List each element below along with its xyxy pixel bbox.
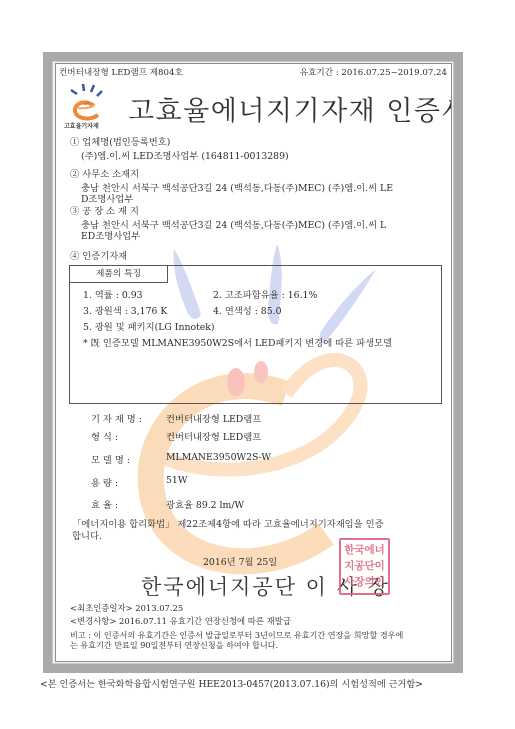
features-box: 제품의 특징 1. 역률 : 0.93 2. 고조파함유율 : 16.1% 3.… xyxy=(69,265,442,404)
feature-power-factor: 1. 역률 : 0.93 xyxy=(83,287,143,301)
spec-value-capacity: 51W xyxy=(166,475,187,486)
spec-label-name: 기 자 재 명 : xyxy=(91,411,142,425)
section-factory-line2: ED조명사업부 xyxy=(81,228,140,242)
feature-harmonics: 2. 고조파함유율 : 16.1% xyxy=(213,287,317,301)
official-seal: 한국에너 지공단이 사장의인 xyxy=(339,538,390,595)
spec-value-efficiency: 광효율 89.2 lm/W xyxy=(166,497,244,511)
section-equipment-heading: ④ 인증기자재 xyxy=(70,248,127,262)
certificate-title: 고효율에너지기자재 인증서 xyxy=(128,89,452,128)
issue-date: 2016년 7월 25일 xyxy=(203,554,277,568)
spec-label-type: 형 식 : xyxy=(91,429,118,443)
spec-label-model: 모 델 명 : xyxy=(91,452,130,466)
feature-cri: 4. 연색성 : 85.0 xyxy=(213,303,282,317)
certificate-paper: 컨버터내장형 LED램프 제804호 유효기간 : 2016.07.25~201… xyxy=(55,63,452,662)
seal-line-1: 한국에너 xyxy=(341,542,388,558)
statement-line1: 「에너지이용 합리화법」 제22조제4항에 따라 고효율에너지기자재임을 인증 xyxy=(72,516,384,530)
product-number: 컨버터내장형 LED램프 제804호 xyxy=(59,66,183,78)
feature-note: * 旣 인증모델 MLMANE3950W2S에서 LED패키지 변경에 따른 파… xyxy=(83,335,392,349)
spec-label-capacity: 용 량 : xyxy=(91,475,118,489)
remark-line2: 는 유효기간 만료일 90일전부터 연장신청을 하여야 합니다. xyxy=(70,640,278,651)
validity-period: 유효기간 : 2016.07.25~2019.07.24 xyxy=(300,66,447,78)
feature-light-source: 5. 광원 및 패키지(LG Innotek) xyxy=(83,319,215,333)
footer-test-basis: <본 인증서는 한국화학융합시험연구원 HEE2013-0457(2013.07… xyxy=(40,676,423,690)
first-cert-date: <최초인증일자> 2013.07.25 xyxy=(70,602,183,614)
change-history: <변경사항> 2016.07.11 유효기간 연장신청에 따른 재발급 xyxy=(70,615,291,627)
features-tab: 제품의 특징 xyxy=(70,266,168,283)
feature-color-temp: 3. 광원색 : 3,176 K xyxy=(83,303,167,317)
seal-line-2: 지공단이 xyxy=(341,558,388,574)
seal-line-3: 사장의인 xyxy=(341,574,388,590)
logo-caption: 고효율기자재 xyxy=(64,121,99,130)
section-company-value: (주)엠.이.씨 LED조명사업부 (164811-0013289) xyxy=(81,148,289,162)
certificate-frame: 컨버터내장형 LED램프 제804호 유효기간 : 2016.07.25~201… xyxy=(43,52,463,673)
logo-icon xyxy=(66,81,106,121)
spec-value-name: 컨버터내장형 LED램프 xyxy=(166,411,261,425)
spec-label-efficiency: 효 율 : xyxy=(91,497,118,511)
spec-value-model: MLMANE3950W2S-W xyxy=(166,452,271,463)
section-company-heading: ① 업체명(법인등록번호) xyxy=(70,134,170,148)
section-factory-heading: ③ 공 장 소 재 지 xyxy=(70,203,139,217)
statement-line2: 합니다. xyxy=(72,528,102,542)
spec-value-type: 컨버터내장형 LED램프 xyxy=(166,429,261,443)
section-office-heading: ② 사무소 소재지 xyxy=(70,166,139,180)
